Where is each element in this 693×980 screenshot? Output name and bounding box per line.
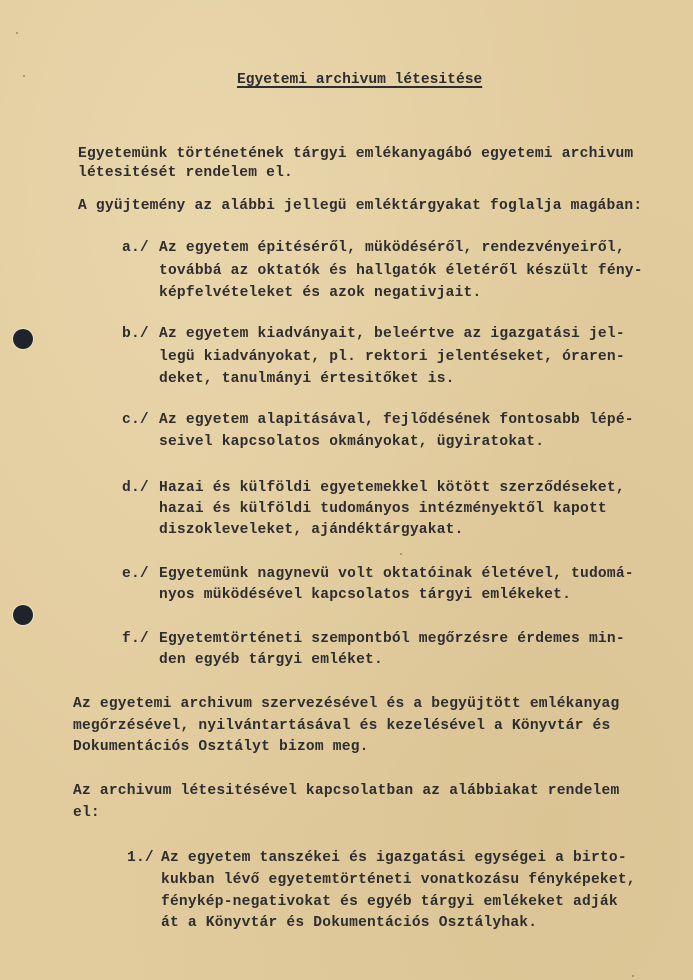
item-line: Az egyetem kiadványait, beleértve az iga… xyxy=(159,324,625,344)
decree-line: át a Könyvtár és Dokumentációs Osztályha… xyxy=(161,913,537,933)
item-line: Az egyetem alapitásával, fejlődésének fo… xyxy=(159,410,634,430)
item-line: seivel kapcsolatos okmányokat, ügyiratok… xyxy=(159,432,544,452)
item-line: Egyetemtörténeti szempontból megőrzésre … xyxy=(159,629,625,649)
assignment-line: megőrzésével, nyilvántartásával és kezel… xyxy=(73,716,610,736)
item-label: e./ xyxy=(122,564,149,584)
paper-speck xyxy=(632,975,634,977)
item-line: den egyéb tárgyi emléket. xyxy=(159,650,383,670)
decree-line: fénykép-negativokat és egyéb tárgyi emlé… xyxy=(161,892,618,912)
decree-intro-line: el: xyxy=(73,803,100,823)
decree-intro-line: Az archivum létesitésével kapcsolatban a… xyxy=(73,781,619,801)
intro-line: Egyetemünk történetének tárgyi emlékanya… xyxy=(78,144,633,164)
item-line: Az egyetem épitéséről, müködéséről, rend… xyxy=(159,238,625,258)
decree-label: 1./ xyxy=(127,848,154,868)
intro-line: létesitését rendelem el. xyxy=(78,163,293,183)
assignment-line: Dokumentációs Osztályt bizom meg. xyxy=(73,737,369,757)
item-line: továbbá az oktatók és hallgatók életéről… xyxy=(159,261,643,281)
paper-speck xyxy=(400,553,402,555)
punch-hole-icon xyxy=(13,605,33,625)
item-line: deket, tanulmányi értesitőket is. xyxy=(159,369,455,389)
collection-intro: A gyüjtemény az alábbi jellegü emléktárg… xyxy=(78,196,642,216)
paper-speck xyxy=(23,75,25,77)
paper-page: Egyetemi archivum létesitése Egyetemünk … xyxy=(0,0,693,980)
item-line: nyos müködésével kapcsolatos tárgyi emlé… xyxy=(159,585,571,605)
paper-speck xyxy=(16,32,18,34)
item-line: képfelvételeket és azok negativjait. xyxy=(159,283,481,303)
item-label: c./ xyxy=(122,410,149,430)
item-line: hazai és külföldi tudományos intézmények… xyxy=(159,499,607,519)
item-line: legü kiadványokat, pl. rektori jelentése… xyxy=(159,347,625,367)
assignment-line: Az egyetemi archivum szervezésével és a … xyxy=(73,694,619,714)
item-line: Hazai és külföldi egyetemekkel kötött sz… xyxy=(159,478,625,498)
item-label: a./ xyxy=(122,238,149,258)
item-label: b./ xyxy=(122,324,149,344)
punch-hole-icon xyxy=(13,329,33,349)
item-label: f./ xyxy=(122,629,149,649)
item-line: Egyetemünk nagynevü volt oktatóinak élet… xyxy=(159,564,634,584)
decree-line: Az egyetem tanszékei és igazgatási egysé… xyxy=(161,848,627,868)
document-title: Egyetemi archivum létesitése xyxy=(237,72,482,88)
item-label: d./ xyxy=(122,478,149,498)
decree-line: kukban lévő egyetemtörténeti vonatkozásu… xyxy=(161,870,636,890)
item-line: diszokleveleket, ajándéktárgyakat. xyxy=(159,520,464,540)
